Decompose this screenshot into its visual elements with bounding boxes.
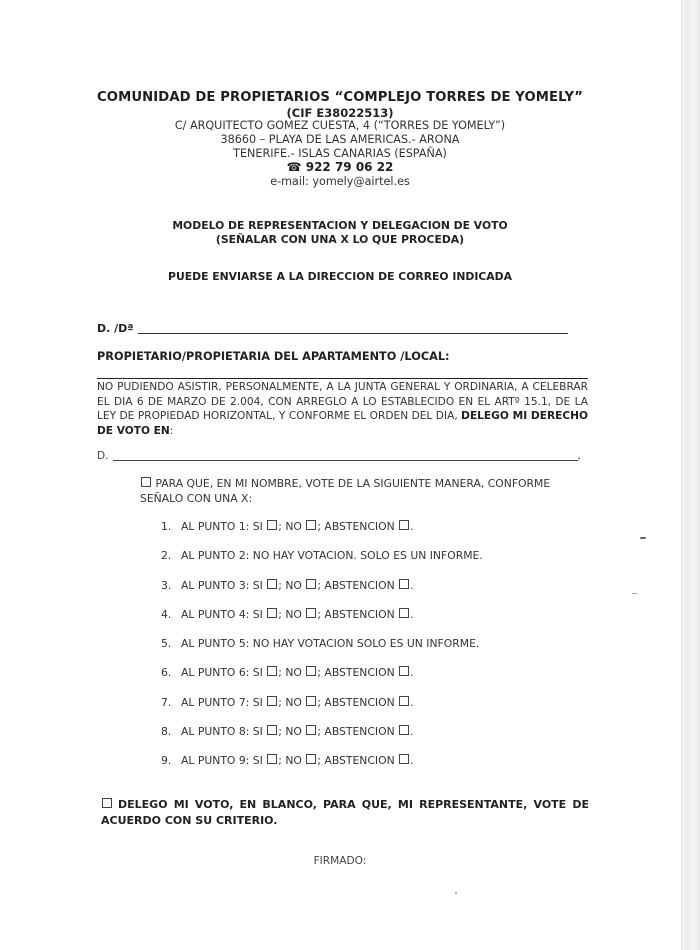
agenda-item: 9.AL PUNTO 9: SI ; NO ; ABSTENCION . [161,754,483,783]
checkbox-yes-punto-9[interactable] [267,754,277,764]
phone-number: 922 79 06 22 [306,160,394,174]
scan-edge [681,0,700,950]
no-label: NO [282,725,305,738]
delegate-field-row: D., [97,450,581,462]
checkbox-specific-vote[interactable] [141,477,151,487]
abstain-label: ABSTENCION [321,608,398,621]
yes-label: SI [249,579,266,592]
item-label: AL PUNTO 6: [181,666,249,679]
checkbox-no-punto-7[interactable] [306,696,316,706]
option-specific-label: PARA QUE, EN MI NOMBRE, VOTE DE LA SIGUI… [140,477,550,505]
no-label: NO [282,579,305,592]
scan-speck [632,593,637,594]
abstain-label: ABSTENCION [321,725,398,738]
abstain-label: ABSTENCION [321,754,398,767]
form-instruction: (SEÑALAR CON UNA X LO QUE PROCEDA) [0,233,680,246]
item-label: AL PUNTO 2: NO HAY VOTACION. SOLO ES UN … [181,549,483,562]
checkbox-yes-punto-1[interactable] [267,520,277,530]
agenda-items-list: 1.AL PUNTO 1: SI ; NO ; ABSTENCION .2.AL… [161,520,483,784]
item-number: 6. [161,666,181,679]
agenda-item: 3.AL PUNTO 3: SI ; NO ; ABSTENCION . [161,579,483,608]
owner-field-line[interactable] [97,378,588,379]
option-blank-vote: DELEGO MI VOTO, EN BLANCO, PARA QUE, MI … [101,797,589,829]
address-line-3: TENERIFE.- ISLAS CANARIAS (ESPAÑA) [0,147,680,160]
scan-speck [455,892,457,894]
agenda-item: 6.AL PUNTO 6: SI ; NO ; ABSTENCION . [161,666,483,695]
owner-label: PROPIETARIO/PROPIETARIA DEL APARTAMENTO … [97,350,450,363]
checkbox-no-punto-4[interactable] [306,608,316,618]
checkbox-abstain-punto-6[interactable] [399,666,409,676]
option-blank-label: DELEGO MI VOTO, EN BLANCO, PARA QUE, MI … [118,798,589,811]
checkbox-yes-punto-3[interactable] [267,579,277,589]
name-field[interactable] [138,333,568,334]
checkbox-abstain-punto-7[interactable] [399,696,409,706]
address-line-1: C/ ARQUITECTO GOMEZ CUESTA, 4 (“TORRES D… [0,119,680,132]
yes-label: SI [249,725,266,738]
agenda-item: 2.AL PUNTO 2: NO HAY VOTACION. SOLO ES U… [161,549,483,578]
no-label: NO [282,520,305,533]
checkbox-no-punto-9[interactable] [306,754,316,764]
item-number: 5. [161,637,181,650]
item-label: AL PUNTO 5: NO HAY VOTACION SOLO ES UN I… [181,637,479,650]
item-label: AL PUNTO 3: [181,579,249,592]
scan-speck [640,537,646,539]
checkbox-yes-punto-6[interactable] [267,666,277,676]
abstain-label: ABSTENCION [321,520,398,533]
checkbox-yes-punto-8[interactable] [267,725,277,735]
send-note: PUEDE ENVIARSE A LA DIRECCION DE CORREO … [0,270,680,283]
item-number: 9. [161,754,181,767]
option-specific-vote: PARA QUE, EN MI NOMBRE, VOTE DE LA SIGUI… [140,476,595,506]
checkbox-abstain-punto-1[interactable] [399,520,409,530]
yes-label: SI [249,520,266,533]
checkbox-yes-punto-4[interactable] [267,608,277,618]
checkbox-abstain-punto-9[interactable] [399,754,409,764]
item-number: 4. [161,608,181,621]
checkbox-no-punto-3[interactable] [306,579,316,589]
delegate-label: D. [97,450,109,462]
name-label: D. /Dª [97,322,134,335]
item-label: AL PUNTO 9: [181,754,249,767]
item-number: 3. [161,579,181,592]
community-title: COMUNIDAD DE PROPIETARIOS “COMPLEJO TORR… [0,90,680,105]
agenda-item: 8.AL PUNTO 8: SI ; NO ; ABSTENCION . [161,725,483,754]
item-number: 7. [161,696,181,709]
yes-label: SI [249,608,266,621]
item-number: 1. [161,520,181,533]
item-label: AL PUNTO 7: [181,696,249,709]
yes-label: SI [249,754,266,767]
form-title: MODELO DE REPRESENTACION Y DELEGACION DE… [0,219,680,232]
delegation-paragraph: NO PUDIENDO ASISTIR, PERSONALMENTE, A LA… [97,380,588,438]
no-label: NO [282,608,305,621]
yes-label: SI [249,666,266,679]
phone-line: ☎ 922 79 06 22 [0,160,680,174]
item-label: AL PUNTO 8: [181,725,249,738]
item-number: 2. [161,549,181,562]
abstain-label: ABSTENCION [321,666,398,679]
checkbox-no-punto-6[interactable] [306,666,316,676]
phone-icon: ☎ [287,160,302,174]
item-label: AL PUNTO 1: [181,520,249,533]
checkbox-blank-vote[interactable] [102,798,112,808]
email-line: e-mail: yomely@airtel.es [0,175,680,188]
agenda-item: 7.AL PUNTO 7: SI ; NO ; ABSTENCION . [161,696,483,725]
address-line-2: 38660 – PLAYA DE LAS AMERICAS.- ARONA [0,133,680,146]
no-label: NO [282,696,305,709]
agenda-item: 1.AL PUNTO 1: SI ; NO ; ABSTENCION . [161,520,483,549]
checkbox-abstain-punto-3[interactable] [399,579,409,589]
agenda-item: 5.AL PUNTO 5: NO HAY VOTACION SOLO ES UN… [161,637,483,666]
name-field-row: D. /Dª [97,322,568,335]
checkbox-abstain-punto-8[interactable] [399,725,409,735]
cif-number: (CIF E38022513) [0,106,680,120]
yes-label: SI [249,696,266,709]
checkbox-abstain-punto-4[interactable] [399,608,409,618]
checkbox-no-punto-8[interactable] [306,725,316,735]
item-number: 8. [161,725,181,738]
agenda-item: 4.AL PUNTO 4: SI ; NO ; ABSTENCION . [161,608,483,637]
abstain-label: ABSTENCION [321,696,398,709]
checkbox-no-punto-1[interactable] [306,520,316,530]
no-label: NO [282,754,305,767]
checkbox-yes-punto-7[interactable] [267,696,277,706]
abstain-label: ABSTENCION [321,579,398,592]
delegate-field[interactable] [113,460,578,461]
no-label: NO [282,666,305,679]
item-label: AL PUNTO 4: [181,608,249,621]
signed-label: FIRMADO: [0,855,680,867]
